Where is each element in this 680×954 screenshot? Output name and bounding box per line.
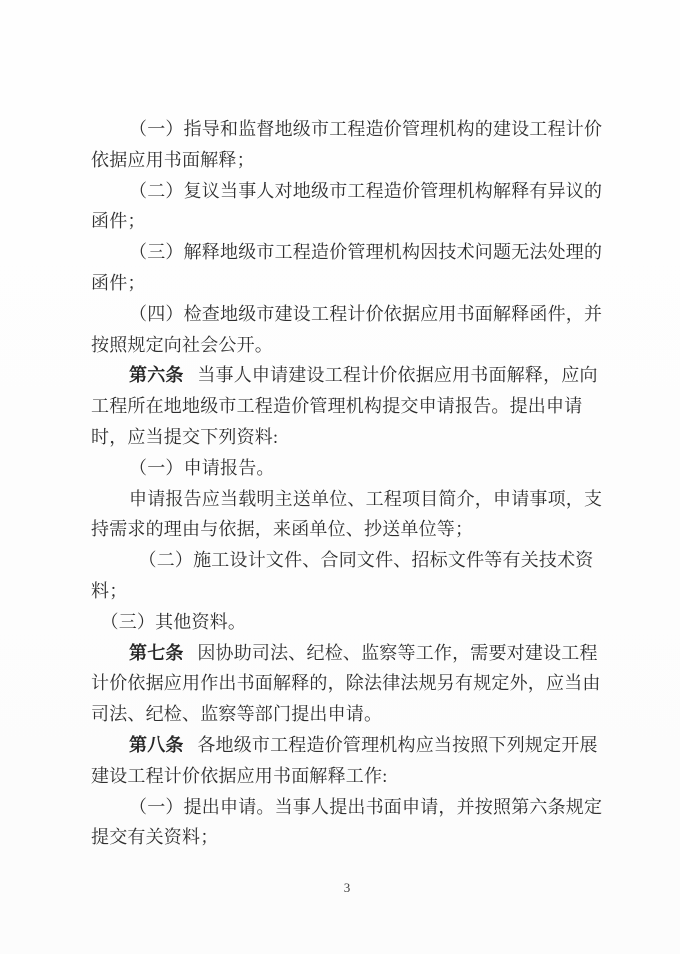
text-line: （三）解释地级市工程造价管理机构因技术问题无法处理的 xyxy=(91,237,611,268)
line-text: （四）检查地级市建设工程计价依据应用书面解释函件，并 xyxy=(129,304,602,324)
line-text: 工程所在地地级市工程造价管理机构提交申请报告。提出申请 xyxy=(91,396,582,416)
text-line: 建设工程计价依据应用书面解释工作: xyxy=(91,761,611,792)
text-line: 时，应当提交下列资料: xyxy=(91,422,611,453)
line-text: 函件； xyxy=(91,211,146,231)
text-line: （三）其他资料。 xyxy=(91,607,611,638)
text-line: 提交有关资料； xyxy=(91,822,611,853)
article-number: 第六条 xyxy=(129,365,184,385)
text-line: 司法、纪检、监察等部门提出申请。 xyxy=(91,699,611,730)
line-text: （一）指导和监督地级市工程造价管理机构的建设工程计价 xyxy=(129,119,602,139)
text-line: 工程所在地地级市工程造价管理机构提交申请报告。提出申请 xyxy=(91,391,611,422)
line-text: 料； xyxy=(91,581,127,601)
text-line: （二）复议当事人对地级市工程造价管理机构解释有异议的 xyxy=(91,176,611,207)
text-line: （一）提出申请。当事人提出书面申请，并按照第六条规定 xyxy=(91,792,611,823)
text-line: （一）申请报告。 xyxy=(91,453,611,484)
line-text: （二）施工设计文件、合同文件、招标文件等有关技术资 xyxy=(139,550,594,570)
line-text: 按照规定向社会公开。 xyxy=(91,335,273,355)
line-text: （一）申请报告。 xyxy=(129,458,275,478)
text-line: 函件； xyxy=(91,268,611,299)
line-text: （三）解释地级市工程造价管理机构因技术问题无法处理的 xyxy=(129,242,602,262)
text-line: 计价依据应用作出书面解释的，除法律法规另有规定外，应当由 xyxy=(91,668,611,699)
text-line: （四）检查地级市建设工程计价依据应用书面解释函件，并 xyxy=(91,299,611,330)
page-number: 3 xyxy=(91,879,603,897)
text-line: 函件； xyxy=(91,206,611,237)
document-body: （一）指导和监督地级市工程造价管理机构的建设工程计价 依据应用书面解释； （二）… xyxy=(91,114,611,853)
text-line: 第八条 各地级市工程造价管理机构应当按照下列规定开展 xyxy=(91,730,611,761)
line-text: 时，应当提交下列资料: xyxy=(91,427,278,447)
article-number: 第八条 xyxy=(129,735,184,755)
text-line: 申请报告应当载明主送单位、工程项目简介，申请事项，支 xyxy=(91,484,611,515)
line-text: 建设工程计价依据应用书面解释工作: xyxy=(91,766,387,786)
article-number: 第七条 xyxy=(129,643,184,663)
line-text: 因协助司法、纪检、监察等工作，需要对建设工程 xyxy=(197,643,597,663)
text-line: （一）指导和监督地级市工程造价管理机构的建设工程计价 xyxy=(91,114,611,145)
line-text: （二）复议当事人对地级市工程造价管理机构解释有异议的 xyxy=(129,181,602,201)
line-text: 计价依据应用作出书面解释的，除法律法规另有规定外，应当由 xyxy=(91,673,601,693)
line-text: 各地级市工程造价管理机构应当按照下列规定开展 xyxy=(197,735,597,755)
line-text: 申请报告应当载明主送单位、工程项目简介，申请事项，支 xyxy=(129,489,602,509)
line-text: （一）提出申请。当事人提出书面申请，并按照第六条规定 xyxy=(129,797,602,817)
text-line: （二）施工设计文件、合同文件、招标文件等有关技术资 xyxy=(91,545,611,576)
text-line: 第七条 因协助司法、纪检、监察等工作，需要对建设工程 xyxy=(91,638,611,669)
line-text: 持需求的理由与依据，来函单位、抄送单位等； xyxy=(91,519,473,539)
text-line: 料； xyxy=(91,576,611,607)
line-text: 当事人申请建设工程计价依据应用书面解释，应向 xyxy=(197,365,597,385)
line-text: 司法、纪检、监察等部门提出申请。 xyxy=(91,704,382,724)
text-line: 按照规定向社会公开。 xyxy=(91,330,611,361)
line-text: （三）其他资料。 xyxy=(101,612,247,632)
text-line: 第六条 当事人申请建设工程计价依据应用书面解释，应向 xyxy=(91,360,611,391)
line-text: 函件； xyxy=(91,273,146,293)
line-text: 提交有关资料； xyxy=(91,827,218,847)
text-line: 依据应用书面解释； xyxy=(91,145,611,176)
scanned-document-page: （一）指导和监督地级市工程造价管理机构的建设工程计价 依据应用书面解释； （二）… xyxy=(0,0,680,954)
text-line: 持需求的理由与依据，来函单位、抄送单位等； xyxy=(91,514,611,545)
line-text: 依据应用书面解释； xyxy=(91,150,255,170)
